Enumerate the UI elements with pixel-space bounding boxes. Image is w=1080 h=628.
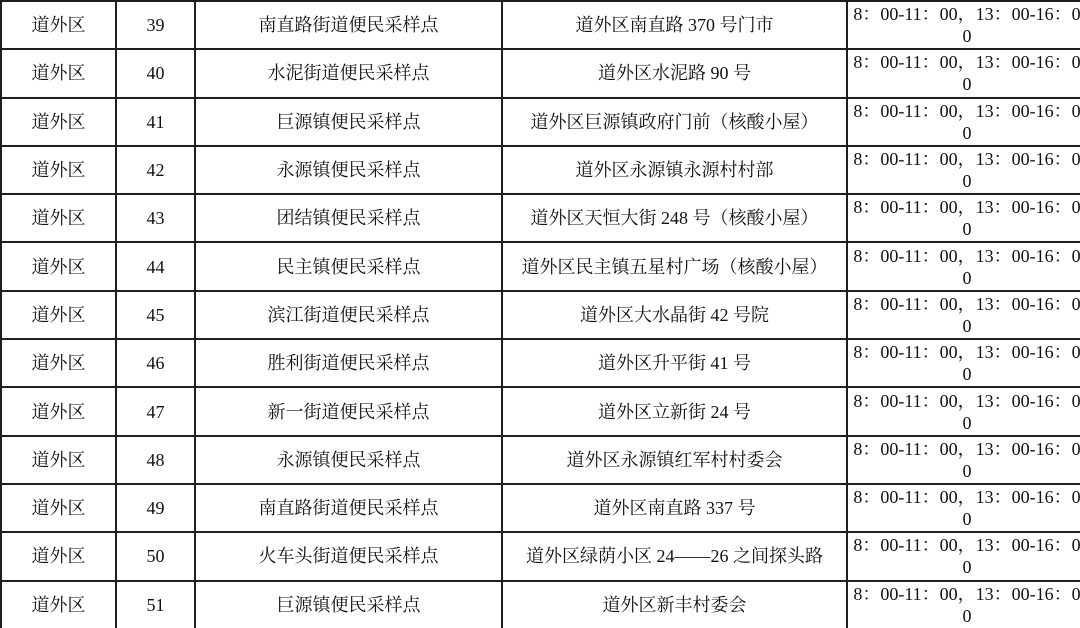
- service-hours-cell: 8：00-11：00，13：00-16：00: [847, 1, 1080, 49]
- address-cell: 道外区大水晶街 42 号院: [502, 291, 847, 339]
- serial-number-cell: 46: [116, 339, 195, 387]
- table-row: 道外区49南直路街道便民采样点道外区南直路 337 号8：00-11：00，13…: [1, 484, 1080, 532]
- table-row: 道外区47新一街道便民采样点道外区立新街 24 号8：00-11：00，13：0…: [1, 387, 1080, 435]
- table-row: 道外区51巨源镇便民采样点道外区新丰村委会8：00-11：00，13：00-16…: [1, 581, 1080, 628]
- service-hours-cell: 8：00-11：00，13：00-16：00: [847, 532, 1080, 580]
- service-hours-cell: 8：00-11：00，13：00-16：00: [847, 146, 1080, 194]
- serial-number-cell: 39: [116, 1, 195, 49]
- serial-number-cell: 50: [116, 532, 195, 580]
- table-row: 道外区48永源镇便民采样点道外区永源镇红军村村委会8：00-11：00，13：0…: [1, 436, 1080, 484]
- document-sheet: 道外区39南直路街道便民采样点道外区南直路 370 号门市8：00-11：00，…: [0, 0, 1080, 628]
- table-body: 道外区39南直路街道便民采样点道外区南直路 370 号门市8：00-11：00，…: [1, 1, 1080, 628]
- site-name-cell: 团结镇便民采样点: [195, 194, 502, 242]
- district-cell: 道外区: [1, 581, 116, 628]
- serial-number-cell: 45: [116, 291, 195, 339]
- address-cell: 道外区水泥路 90 号: [502, 49, 847, 97]
- district-cell: 道外区: [1, 1, 116, 49]
- service-hours-cell: 8：00-11：00，13：00-16：00: [847, 194, 1080, 242]
- table-row: 道外区50火车头街道便民采样点道外区绿荫小区 24——26 之间探头路8：00-…: [1, 532, 1080, 580]
- serial-number-cell: 42: [116, 146, 195, 194]
- table-row: 道外区44民主镇便民采样点道外区民主镇五星村广场（核酸小屋）8：00-11：00…: [1, 242, 1080, 290]
- service-hours-cell: 8：00-11：00，13：00-16：00: [847, 242, 1080, 290]
- serial-number-cell: 44: [116, 242, 195, 290]
- table-row: 道外区43团结镇便民采样点道外区天恒大街 248 号（核酸小屋）8：00-11：…: [1, 194, 1080, 242]
- address-cell: 道外区立新街 24 号: [502, 387, 847, 435]
- district-cell: 道外区: [1, 49, 116, 97]
- site-name-cell: 滨江街道便民采样点: [195, 291, 502, 339]
- district-cell: 道外区: [1, 98, 116, 146]
- table-row: 道外区40水泥街道便民采样点道外区水泥路 90 号8：00-11：00，13：0…: [1, 49, 1080, 97]
- service-hours-cell: 8：00-11：00，13：00-16：00: [847, 291, 1080, 339]
- site-name-cell: 民主镇便民采样点: [195, 242, 502, 290]
- address-cell: 道外区绿荫小区 24——26 之间探头路: [502, 532, 847, 580]
- serial-number-cell: 41: [116, 98, 195, 146]
- site-name-cell: 胜利街道便民采样点: [195, 339, 502, 387]
- district-cell: 道外区: [1, 484, 116, 532]
- service-hours-cell: 8：00-11：00，13：00-16：00: [847, 484, 1080, 532]
- service-hours-cell: 8：00-11：00，13：00-16：00: [847, 436, 1080, 484]
- service-hours-cell: 8：00-11：00，13：00-16：00: [847, 387, 1080, 435]
- table-row: 道外区42永源镇便民采样点道外区永源镇永源村村部8：00-11：00，13：00…: [1, 146, 1080, 194]
- table-row: 道外区41巨源镇便民采样点道外区巨源镇政府门前（核酸小屋）8：00-11：00，…: [1, 98, 1080, 146]
- district-cell: 道外区: [1, 291, 116, 339]
- site-name-cell: 水泥街道便民采样点: [195, 49, 502, 97]
- district-cell: 道外区: [1, 242, 116, 290]
- serial-number-cell: 40: [116, 49, 195, 97]
- address-cell: 道外区永源镇红军村村委会: [502, 436, 847, 484]
- district-cell: 道外区: [1, 146, 116, 194]
- site-name-cell: 南直路街道便民采样点: [195, 1, 502, 49]
- address-cell: 道外区南直路 370 号门市: [502, 1, 847, 49]
- site-name-cell: 永源镇便民采样点: [195, 436, 502, 484]
- serial-number-cell: 48: [116, 436, 195, 484]
- sampling-points-table: 道外区39南直路街道便民采样点道外区南直路 370 号门市8：00-11：00，…: [0, 0, 1080, 628]
- service-hours-cell: 8：00-11：00，13：00-16：00: [847, 339, 1080, 387]
- table-row: 道外区46胜利街道便民采样点道外区升平街 41 号8：00-11：00，13：0…: [1, 339, 1080, 387]
- district-cell: 道外区: [1, 194, 116, 242]
- table-row: 道外区45滨江街道便民采样点道外区大水晶街 42 号院8：00-11：00，13…: [1, 291, 1080, 339]
- district-cell: 道外区: [1, 387, 116, 435]
- district-cell: 道外区: [1, 339, 116, 387]
- serial-number-cell: 43: [116, 194, 195, 242]
- site-name-cell: 火车头街道便民采样点: [195, 532, 502, 580]
- service-hours-cell: 8：00-11：00，13：00-16：00: [847, 98, 1080, 146]
- district-cell: 道外区: [1, 532, 116, 580]
- table-row: 道外区39南直路街道便民采样点道外区南直路 370 号门市8：00-11：00，…: [1, 1, 1080, 49]
- serial-number-cell: 47: [116, 387, 195, 435]
- site-name-cell: 巨源镇便民采样点: [195, 581, 502, 628]
- address-cell: 道外区民主镇五星村广场（核酸小屋）: [502, 242, 847, 290]
- district-cell: 道外区: [1, 436, 116, 484]
- address-cell: 道外区升平街 41 号: [502, 339, 847, 387]
- address-cell: 道外区永源镇永源村村部: [502, 146, 847, 194]
- site-name-cell: 巨源镇便民采样点: [195, 98, 502, 146]
- site-name-cell: 永源镇便民采样点: [195, 146, 502, 194]
- address-cell: 道外区南直路 337 号: [502, 484, 847, 532]
- serial-number-cell: 49: [116, 484, 195, 532]
- site-name-cell: 新一街道便民采样点: [195, 387, 502, 435]
- service-hours-cell: 8：00-11：00，13：00-16：00: [847, 49, 1080, 97]
- serial-number-cell: 51: [116, 581, 195, 628]
- service-hours-cell: 8：00-11：00，13：00-16：00: [847, 581, 1080, 628]
- address-cell: 道外区新丰村委会: [502, 581, 847, 628]
- address-cell: 道外区天恒大街 248 号（核酸小屋）: [502, 194, 847, 242]
- address-cell: 道外区巨源镇政府门前（核酸小屋）: [502, 98, 847, 146]
- site-name-cell: 南直路街道便民采样点: [195, 484, 502, 532]
